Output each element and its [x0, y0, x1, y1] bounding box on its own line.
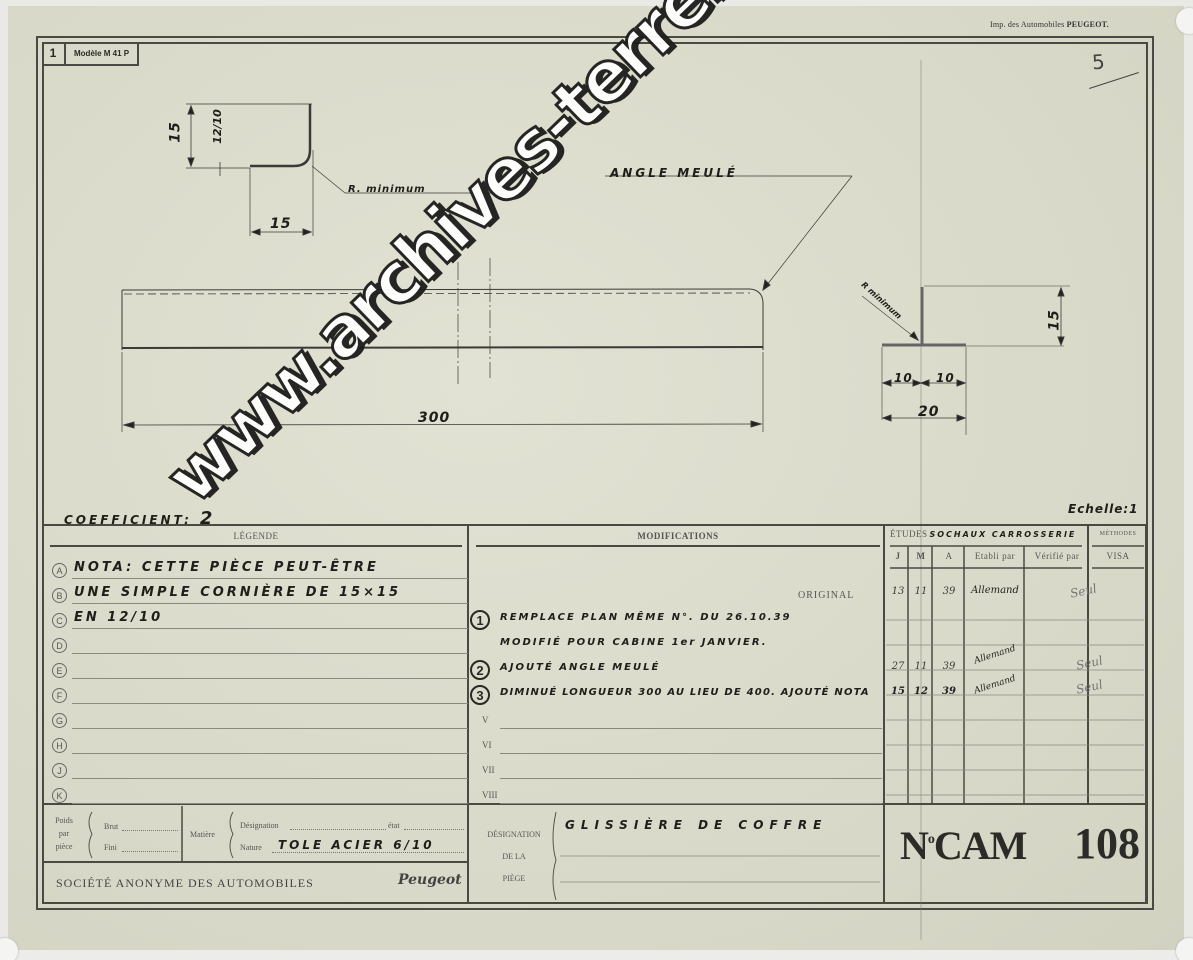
row1-a: 39 — [934, 586, 964, 597]
company-name: SOCIÉTÉ ANONYME DES AUTOMOBILES — [56, 876, 314, 891]
drawing-number: 108 — [1074, 818, 1140, 869]
legend-row-g: G — [50, 708, 468, 733]
col-etabli: Etabli par — [966, 551, 1024, 561]
modification-1-cont: MODIFIÉ POUR CABINE 1er JANVIER. — [470, 633, 882, 658]
company-brand: Peugeot — [398, 872, 462, 888]
legend-row-h: H — [50, 733, 468, 758]
pin-bottom-right — [1176, 938, 1193, 960]
fini-label: Fini — [104, 843, 117, 852]
designation-piece-value: GLISSIÈRE DE COFFRE — [565, 818, 827, 832]
col-visa: VISA — [1092, 551, 1144, 561]
dim-section-width: 15 — [270, 216, 291, 232]
etat-field — [404, 829, 464, 830]
poids-label: Poids par pièce — [50, 814, 78, 853]
legend-row-c: CEN 12/10 — [50, 608, 468, 633]
etat-label: état — [388, 821, 400, 830]
modification-3: 3DIMINUÉ LONGUEUR 300 AU LIEU DE 400. AJ… — [470, 683, 882, 708]
row1-j: 13 — [888, 586, 908, 597]
dim-t-left: 10 — [894, 371, 913, 385]
legend-row-k: K — [50, 783, 468, 808]
printer-credit: Imp. des Automobiles PEUGEOT. — [990, 20, 1109, 29]
coefficient: COEFFICIENT:2 — [64, 508, 215, 529]
dim-section-height: 15 — [168, 121, 184, 142]
row1-etabli-signature: Allemand — [966, 585, 1024, 596]
col-m: M — [910, 551, 932, 561]
nature-label: Nature — [240, 843, 262, 852]
row3-j: 15 — [888, 686, 908, 697]
modification-viii: VIII — [470, 783, 882, 808]
modification-v: V — [470, 708, 882, 733]
modification-vii: VII — [470, 758, 882, 783]
legend-row-f: F — [50, 683, 468, 708]
label-r-minimum: R. minimum — [348, 184, 426, 195]
legende-header: LÉGENDE — [50, 531, 462, 541]
fini-field — [122, 851, 178, 852]
dim-t-width: 20 — [918, 404, 939, 420]
legend-row-b: BUNE SIMPLE CORNIÈRE DE 15×15 — [50, 583, 468, 608]
row2-j: 27 — [888, 661, 908, 672]
designation-piece-label: DÉSIGNATION DE LA PIÈGE — [476, 824, 552, 890]
designation-field — [290, 829, 386, 830]
etudes-header: ÉTUDESSOCHAUX CARROSSERIE — [890, 529, 1076, 539]
legend-row-e: E — [50, 658, 468, 683]
brut-field — [122, 830, 178, 831]
modification-2: 2AJOUTÉ ANGLE MEULÉ — [470, 658, 882, 683]
col-verifie: Vérifié par — [1026, 551, 1088, 561]
scale-label: Echelle:1 — [1068, 502, 1139, 516]
sheet-number: 5 — [1091, 50, 1105, 75]
modification-1: 1REMPLACE PLAN MÊME N°. DU 26.10.39 — [470, 608, 882, 633]
dim-length: 300 — [418, 410, 450, 426]
legend-row-j: J — [50, 758, 468, 783]
row3-m: 12 — [910, 686, 932, 697]
original-label: ORIGINAL — [798, 590, 854, 601]
nature-field — [272, 852, 464, 853]
dim-t-right: 10 — [936, 371, 955, 385]
dim-t-height: 15 — [1047, 309, 1063, 330]
dim-thickness: 12/10 — [211, 109, 224, 144]
brut-label: Brut — [104, 822, 118, 831]
col-j: J — [888, 551, 908, 561]
model-box: 1 Modèle M 41 P — [42, 42, 139, 66]
sheet-index: 1 — [42, 42, 66, 64]
model-label: Modèle M 41 P — [66, 42, 137, 64]
nature-value: TOLE ACIER 6/10 — [278, 838, 435, 852]
modification-vi: VI — [470, 733, 882, 758]
drawing-number-series: NoCAM — [900, 822, 1026, 869]
label-angle-meule: ANGLE MEULÉ — [610, 166, 738, 180]
legend-row-d: D — [50, 633, 468, 658]
methodes-header: MÉTHODES — [1092, 531, 1144, 537]
col-a: A — [934, 551, 964, 561]
modifications-header: MODIFICATIONS — [476, 531, 880, 541]
row1-m: 11 — [910, 586, 932, 597]
row3-a: 39 — [934, 686, 964, 697]
row2-a: 39 — [934, 661, 964, 672]
designation-label: Désignation — [240, 821, 279, 830]
legend-row-a: ANOTA: CETTE PIÈCE PEUT-ÊTRE — [50, 558, 468, 583]
row2-m: 11 — [910, 661, 932, 672]
matiere-label: Matière — [190, 830, 215, 839]
